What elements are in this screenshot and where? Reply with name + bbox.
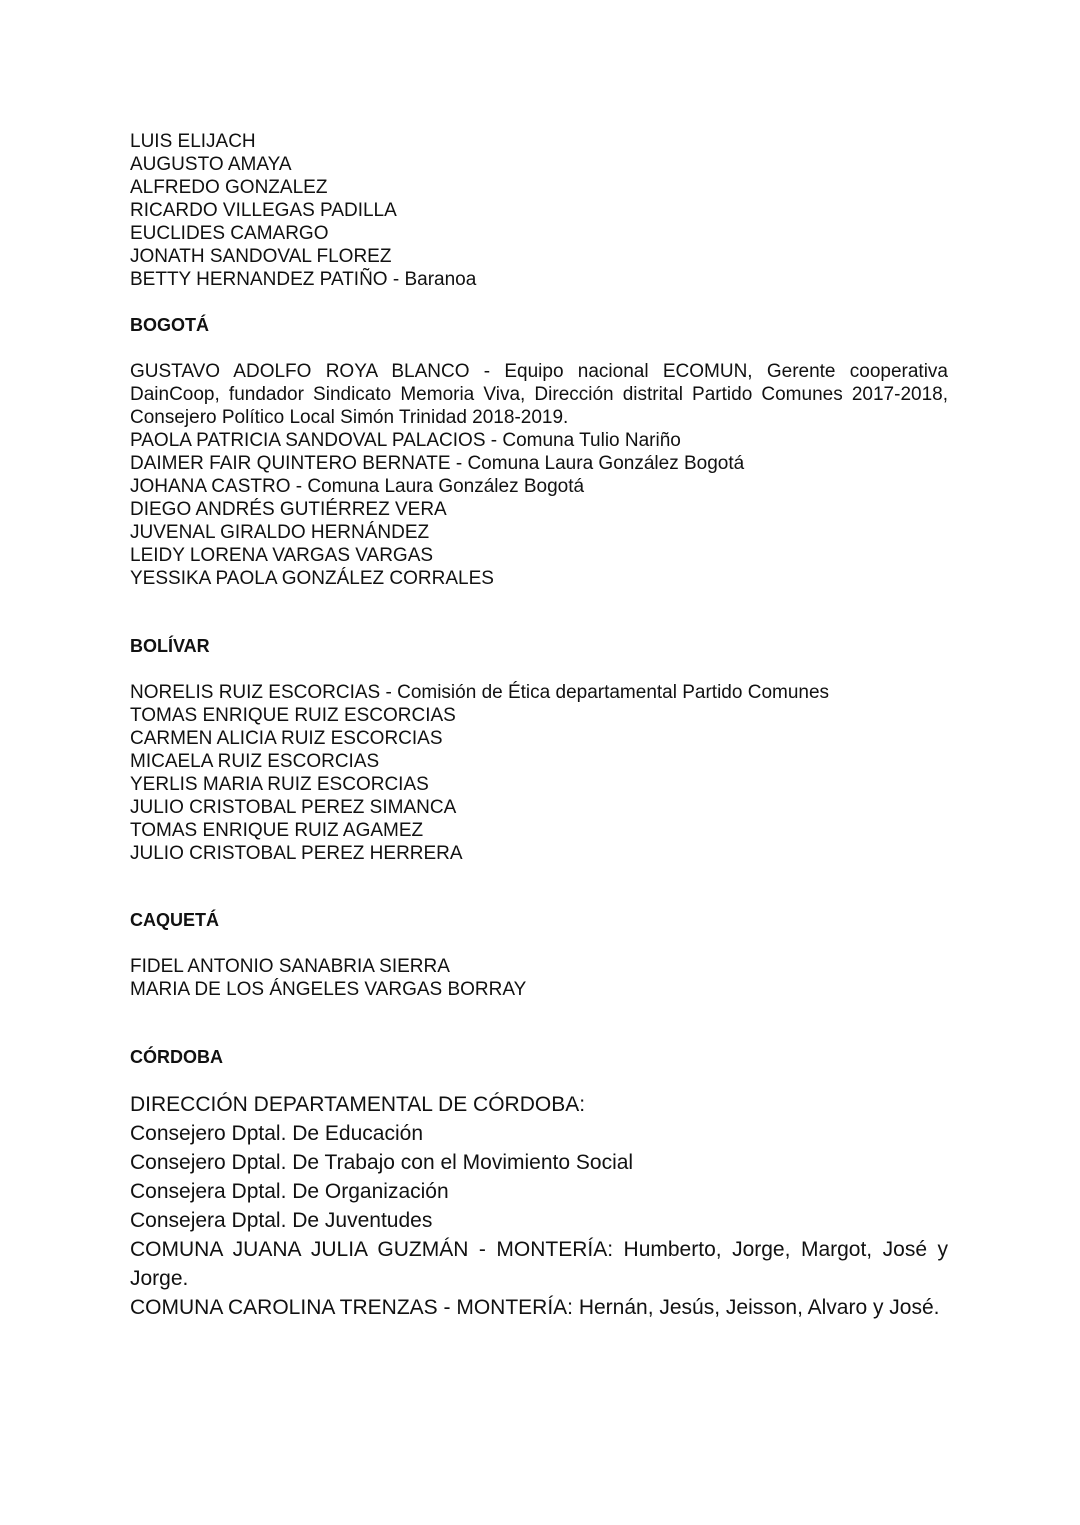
list-item: Consejera Dptal. De Juventudes bbox=[130, 1206, 948, 1235]
list-item: JULIO CRISTOBAL PEREZ SIMANCA bbox=[130, 796, 948, 819]
list-item: DAIMER FAIR QUINTERO BERNATE - Comuna La… bbox=[130, 452, 948, 475]
list-item: ALFREDO GONZALEZ bbox=[130, 176, 948, 199]
list-item: JONATH SANDOVAL FLOREZ bbox=[130, 245, 948, 268]
section-heading-cordoba: CÓRDOBA bbox=[130, 1046, 223, 1069]
list-item: RICARDO VILLEGAS PADILLA bbox=[130, 199, 948, 222]
list-item: PAOLA PATRICIA SANDOVAL PALACIOS - Comun… bbox=[130, 429, 948, 452]
bogota-paragraph: GUSTAVO ADOLFO ROYA BLANCO - Equipo naci… bbox=[130, 360, 948, 429]
section-cordoba: DIRECCIÓN DEPARTAMENTAL DE CÓRDOBA: Cons… bbox=[130, 1090, 948, 1322]
intro-name-list: LUIS ELIJACH AUGUSTO AMAYA ALFREDO GONZA… bbox=[130, 130, 948, 291]
list-item: Consejera Dptal. De Organización bbox=[130, 1177, 948, 1206]
section-heading-caqueta: CAQUETÁ bbox=[130, 909, 219, 932]
list-item: DIRECCIÓN DEPARTAMENTAL DE CÓRDOBA: bbox=[130, 1090, 948, 1119]
section-bogota: GUSTAVO ADOLFO ROYA BLANCO - Equipo naci… bbox=[130, 360, 948, 590]
list-item: CARMEN ALICIA RUIZ ESCORCIAS bbox=[130, 727, 948, 750]
list-item: Consejero Dptal. De Trabajo con el Movim… bbox=[130, 1148, 948, 1177]
list-item: LEIDY LORENA VARGAS VARGAS bbox=[130, 544, 948, 567]
list-item: JUVENAL GIRALDO HERNÁNDEZ bbox=[130, 521, 948, 544]
list-item: Consejero Dptal. De Educación bbox=[130, 1119, 948, 1148]
section-caqueta: FIDEL ANTONIO SANABRIA SIERRA MARIA DE L… bbox=[130, 955, 948, 1001]
list-item: YESSIKA PAOLA GONZÁLEZ CORRALES bbox=[130, 567, 948, 590]
list-item: TOMAS ENRIQUE RUIZ AGAMEZ bbox=[130, 819, 948, 842]
list-item: MARIA DE LOS ÁNGELES VARGAS BORRAY bbox=[130, 978, 948, 1001]
section-heading-bolivar: BOLÍVAR bbox=[130, 635, 210, 658]
list-item: AUGUSTO AMAYA bbox=[130, 153, 948, 176]
list-item: EUCLIDES CAMARGO bbox=[130, 222, 948, 245]
list-item: TOMAS ENRIQUE RUIZ ESCORCIAS bbox=[130, 704, 948, 727]
list-item: BETTY HERNANDEZ PATIÑO - Baranoa bbox=[130, 268, 948, 291]
list-item: YERLIS MARIA RUIZ ESCORCIAS bbox=[130, 773, 948, 796]
list-item: JOHANA CASTRO - Comuna Laura González Bo… bbox=[130, 475, 948, 498]
list-item: MICAELA RUIZ ESCORCIAS bbox=[130, 750, 948, 773]
list-item: LUIS ELIJACH bbox=[130, 130, 948, 153]
list-item: DIEGO ANDRÉS GUTIÉRREZ VERA bbox=[130, 498, 948, 521]
list-item: FIDEL ANTONIO SANABRIA SIERRA bbox=[130, 955, 948, 978]
comuna-paragraph: COMUNA JUANA JULIA GUZMÁN - MONTERÍA: Hu… bbox=[130, 1235, 948, 1293]
list-item: NORELIS RUIZ ESCORCIAS - Comisión de Éti… bbox=[130, 681, 948, 704]
section-heading-bogota: BOGOTÁ bbox=[130, 314, 209, 337]
list-item: JULIO CRISTOBAL PEREZ HERRERA bbox=[130, 842, 948, 865]
section-bolivar: NORELIS RUIZ ESCORCIAS - Comisión de Éti… bbox=[130, 681, 948, 865]
comuna-paragraph: COMUNA CAROLINA TRENZAS - MONTERÍA: Hern… bbox=[130, 1293, 948, 1322]
